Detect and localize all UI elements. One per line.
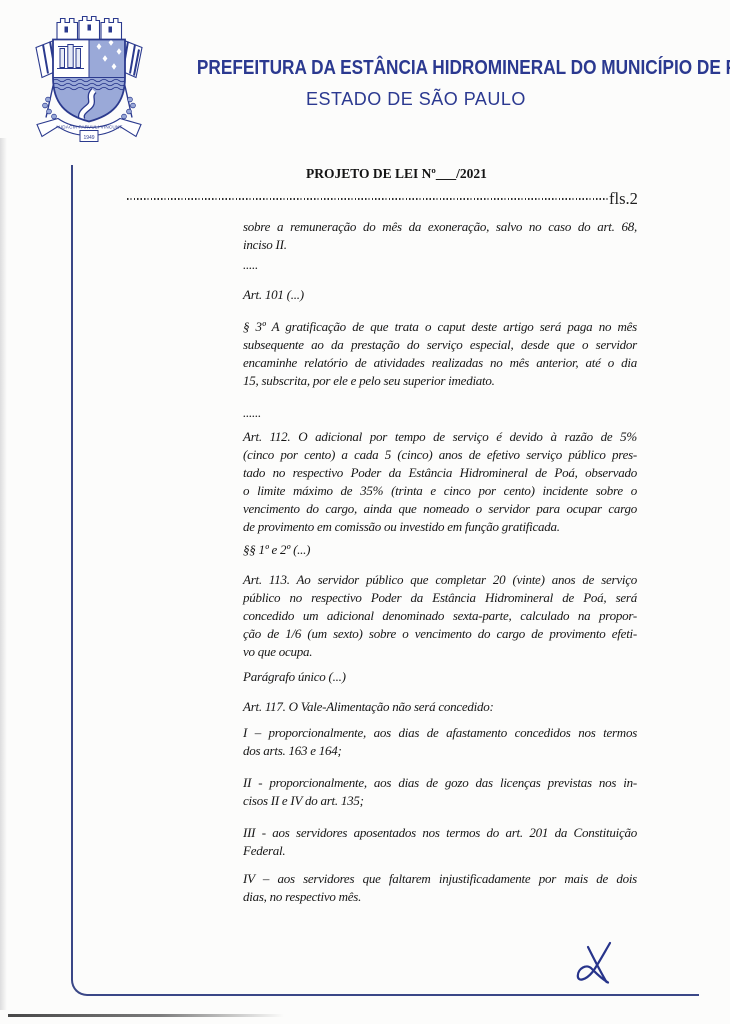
text-line: público no respectivo Poder da Estância … (243, 589, 637, 607)
document-body: sobre a remuneração do mês da exoneração… (243, 0, 637, 1024)
shield (53, 39, 125, 123)
paragraph-excerpt-art-68: sobre a remuneração do mês da exoneração… (243, 218, 637, 254)
paragraph-art-101-par-3: § 3º A gratificação de que trata o caput… (243, 318, 637, 390)
text-line: dias, no respectivo mês. (243, 888, 637, 906)
text-line: ..... (243, 256, 637, 274)
text-line: § 3º A gratificação de que trata o caput… (243, 318, 637, 336)
text-line: Art. 113. Ao servidor público que comple… (243, 571, 637, 589)
paragraph-paragrafo-unico: Parágrafo único (...) (243, 668, 637, 686)
crest-motto: AUDACIA PARVULI VINCUNT (56, 125, 123, 130)
text-line: III - aos servidores aposentados nos ter… (243, 824, 637, 842)
text-line: IV – aos servidores que faltarem injusti… (243, 870, 637, 888)
paragraph-art-117: Art. 117. O Vale-Alimentação não será co… (243, 698, 637, 716)
paragraph-item-iv: IV – aos servidores que faltarem injusti… (243, 870, 637, 906)
paragraph-ellipsis-2: ...... (243, 404, 637, 422)
text-line: cisos II e IV do art. 135; (243, 792, 637, 810)
scanned-document-page: AUDACIA PARVULI VINCUNT 1949 PREFEITURA … (0, 0, 730, 1024)
text-line: §§ 1º e 2º (...) (243, 541, 637, 559)
text-line: ...... (243, 404, 637, 422)
mural-crown (57, 17, 122, 41)
signature-mark (572, 936, 630, 994)
text-line: I – proporcionalmente, aos dias de afast… (243, 724, 637, 742)
text-line: Art. 112. O adicional por tempo de servi… (243, 428, 637, 446)
text-line: Art. 101 (...) (243, 286, 637, 304)
scan-edge-shadow (0, 138, 7, 1010)
paragraph-art-112: Art. 112. O adicional por tempo de servi… (243, 428, 637, 536)
text-line: vencimento do cargo, ainda que nomeado o… (243, 500, 637, 518)
text-line: 15, subscrita, por ele e pelo seu superi… (243, 372, 637, 390)
text-line: de provimento em comissão ou investido e… (243, 518, 637, 536)
paragraph-art-112-pars-1-2: §§ 1º e 2º (...) (243, 541, 637, 559)
crest-year: 1949 (83, 135, 94, 141)
text-line: subsequente ao da prestação do serviço e… (243, 336, 637, 354)
text-line: dos arts. 163 e 164; (243, 742, 637, 760)
text-line: o limite máximo de 35% (trinta e cinco p… (243, 482, 637, 500)
text-line: concedido um adicional denominado sexta-… (243, 607, 637, 625)
paragraph-item-i: I – proporcionalmente, aos dias de afast… (243, 724, 637, 760)
text-line: vo que ocupa. (243, 643, 637, 661)
city-coat-of-arms: AUDACIA PARVULI VINCUNT 1949 (33, 13, 145, 146)
text-line: Art. 117. O Vale-Alimentação não será co… (243, 698, 637, 716)
scan-artifact-line (8, 1014, 284, 1017)
paragraph-item-iii: III - aos servidores aposentados nos ter… (243, 824, 637, 860)
text-line: Federal. (243, 842, 637, 860)
text-line: Parágrafo único (...) (243, 668, 637, 686)
paragraph-art-113: Art. 113. Ao servidor público que comple… (243, 571, 637, 661)
paragraph-ellipsis-1: ..... (243, 256, 637, 274)
ruins-emblem (57, 45, 84, 69)
text-line: tado no respectivo Poder da Estância Hid… (243, 464, 637, 482)
text-line: (cinco por cento) a cada 5 (cinco) anos … (243, 446, 637, 464)
text-line: sobre a remuneração do mês da exoneração… (243, 218, 637, 236)
paragraph-item-ii: II - proporcionalmente, aos dias de gozo… (243, 774, 637, 810)
text-line: II - proporcionalmente, aos dias de gozo… (243, 774, 637, 792)
text-line: inciso II. (243, 236, 637, 254)
paragraph-art-101: Art. 101 (...) (243, 286, 637, 304)
text-line: ção de 1/6 (um sexto) sobre o vencimento… (243, 625, 637, 643)
text-line: encaminhe relatório de atividades realiz… (243, 354, 637, 372)
